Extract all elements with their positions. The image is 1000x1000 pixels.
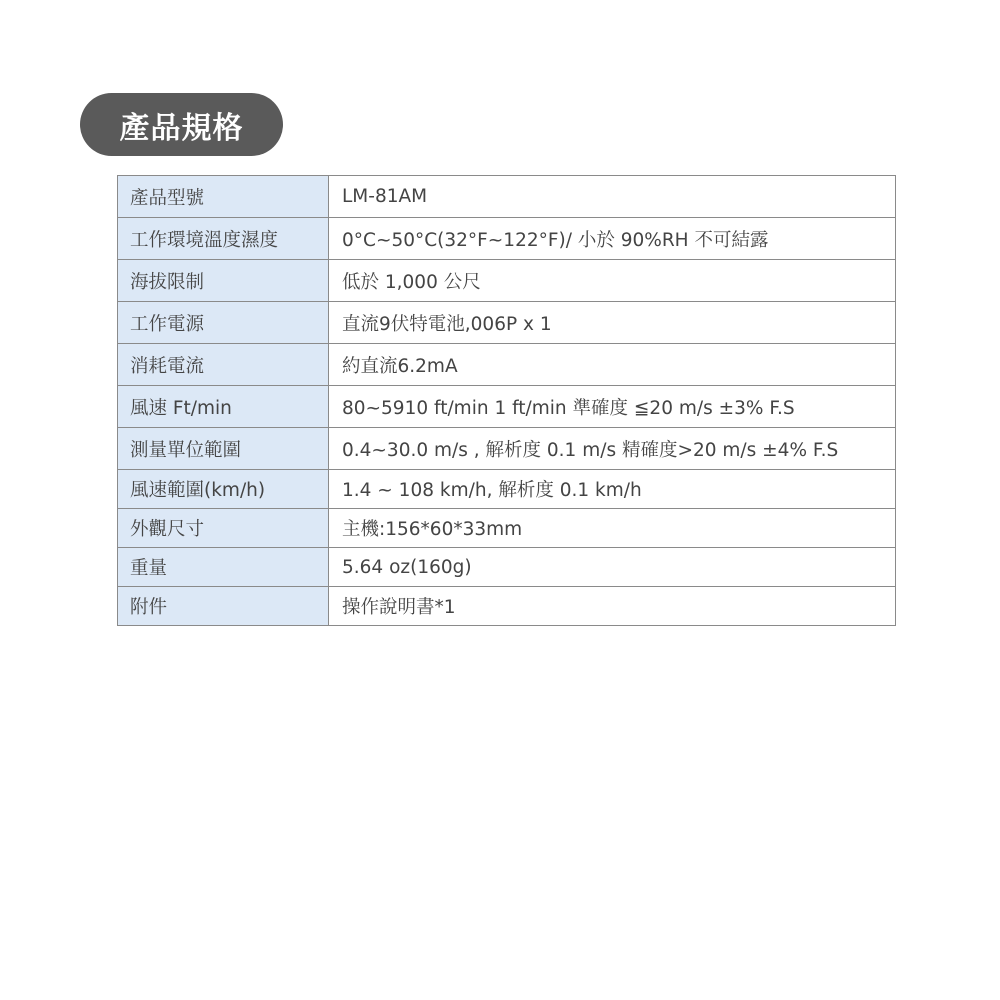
row-value: LM-81AM [329,176,896,218]
row-label: 消耗電流 [118,344,329,386]
section-title: 產品規格 [120,103,244,147]
table-row: 工作電源 直流9伏特電池,006P x 1 [118,302,896,344]
row-label: 產品型號 [118,176,329,218]
row-value: 5.64 oz(160g) [329,548,896,587]
row-value: 操作說明書*1 [329,587,896,626]
row-label: 附件 [118,587,329,626]
section-title-badge: 產品規格 [80,93,283,156]
table-row: 產品型號 LM-81AM [118,176,896,218]
row-label: 測量單位範圍 [118,428,329,470]
row-label: 海拔限制 [118,260,329,302]
row-value: 約直流6.2mA [329,344,896,386]
row-label: 外觀尺寸 [118,509,329,548]
row-label: 工作環境溫度濕度 [118,218,329,260]
table-row: 測量單位範圍 0.4~30.0 m/s , 解析度 0.1 m/s 精確度>20… [118,428,896,470]
table-row: 附件 操作說明書*1 [118,587,896,626]
table-row: 風速 Ft/min 80~5910 ft/min 1 ft/min 準確度 ≦2… [118,386,896,428]
row-value: 低於 1,000 公尺 [329,260,896,302]
row-value: 0°C~50°C(32°F~122°F)/ 小於 90%RH 不可結露 [329,218,896,260]
row-label: 風速範圍(km/h) [118,470,329,509]
table-row: 風速範圍(km/h) 1.4 ~ 108 km/h, 解析度 0.1 km/h [118,470,896,509]
row-value: 80~5910 ft/min 1 ft/min 準確度 ≦20 m/s ±3% … [329,386,896,428]
row-value: 直流9伏特電池,006P x 1 [329,302,896,344]
table-row: 海拔限制 低於 1,000 公尺 [118,260,896,302]
table-row: 重量 5.64 oz(160g) [118,548,896,587]
row-value: 1.4 ~ 108 km/h, 解析度 0.1 km/h [329,470,896,509]
row-label: 風速 Ft/min [118,386,329,428]
spec-table: 產品型號 LM-81AM 工作環境溫度濕度 0°C~50°C(32°F~122°… [117,175,896,626]
row-value: 0.4~30.0 m/s , 解析度 0.1 m/s 精確度>20 m/s ±4… [329,428,896,470]
table-row: 外觀尺寸 主機:156*60*33mm [118,509,896,548]
table-row: 工作環境溫度濕度 0°C~50°C(32°F~122°F)/ 小於 90%RH … [118,218,896,260]
table-row: 消耗電流 約直流6.2mA [118,344,896,386]
row-label: 重量 [118,548,329,587]
row-label: 工作電源 [118,302,329,344]
row-value: 主機:156*60*33mm [329,509,896,548]
